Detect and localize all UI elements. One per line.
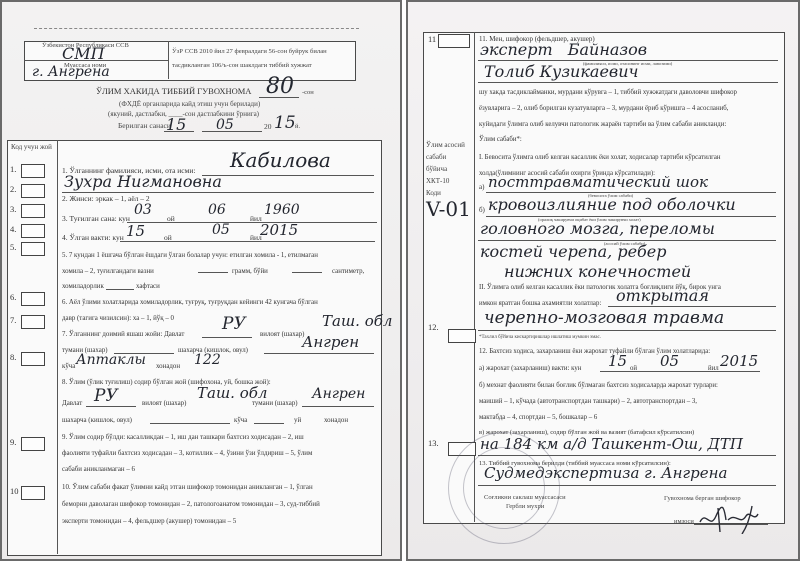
field-12a-label: а) жарохат (захарланиш) вакти: кун xyxy=(479,363,581,374)
field-11-text-3: куйидаги ўлимга олиб келувчи патологик ж… xyxy=(479,119,726,130)
field-9-line-2: фаолияти туфайли бахтсиз ходисадан – 3, … xyxy=(62,448,312,459)
field-3-label: 3. Туғилган сана: кун xyxy=(62,213,130,224)
residence-country[interactable]: РУ xyxy=(222,314,246,334)
dash xyxy=(106,289,134,290)
field-6-line-1: 6. Аёл ўлими холатларида хомиладорлик, т… xyxy=(62,297,318,308)
part-2-value-continued[interactable]: черепно-мозговая травма xyxy=(484,308,724,328)
decree-line-2: тасдикланган 106/ъ-сон шаклдаги тиббий х… xyxy=(172,62,312,70)
part-2-underline-2 xyxy=(478,330,776,331)
code-label: 6. xyxy=(10,292,16,302)
field-5-line-3b: хафтаси xyxy=(136,281,160,292)
field-5-line-1: 5. 7 кундан 1 ёшгача бўлган ёшдаги ўлган… xyxy=(62,250,318,261)
icd-label-line: ХКТ-10 xyxy=(426,175,465,187)
field-10-line-1: 10. Ўлим сабаби факат ўлимни кайд этган … xyxy=(62,482,313,493)
field-10-line-2: беморни даволаган шифокор томонидан – 2,… xyxy=(62,499,320,510)
code-label: 12. xyxy=(428,322,439,332)
house-label: хонадон xyxy=(156,361,180,372)
field-5-line-2a: хомила – 2, туғилгандаги вазни xyxy=(62,266,154,277)
residence-town[interactable]: Ангрен xyxy=(302,333,359,351)
f8-street-underline xyxy=(254,423,284,424)
f1-underline xyxy=(202,175,374,176)
district-label: тумани (шахар) xyxy=(252,398,298,409)
stamp-label-2: Гербли мухри xyxy=(506,503,544,511)
code-box-7[interactable] xyxy=(21,315,45,329)
death-day[interactable]: 15 xyxy=(126,222,145,240)
f3-underline xyxy=(127,222,377,223)
code-box-9[interactable] xyxy=(21,437,45,451)
death-month[interactable]: 05 xyxy=(212,222,230,238)
field-5-line-2b: грамм, бўйи xyxy=(232,266,268,277)
residence-house[interactable]: 122 xyxy=(194,352,221,368)
death-place-district[interactable]: Ангрен xyxy=(312,386,365,402)
field-12b-line-1: б) мехнат фаолияти билан боғлик бўлмаган… xyxy=(479,380,718,391)
code-box-3[interactable] xyxy=(21,204,45,218)
residence-street[interactable]: Аптаклы xyxy=(76,352,146,368)
code-label: 5. xyxy=(10,242,16,252)
footnote: *Тахлил бўйича кискартиришлар ишлатиш му… xyxy=(479,334,601,342)
code-label: 3. xyxy=(10,204,16,214)
code-column-header: Код учун жой xyxy=(11,143,55,151)
code-box-11[interactable] xyxy=(438,34,470,48)
code-column-divider xyxy=(57,140,58,554)
dash xyxy=(198,272,228,273)
cause-b-prefix: б) xyxy=(479,205,485,216)
apartment-label: хонадон xyxy=(324,415,348,426)
town-label: шахарча (кишлок, овул) xyxy=(62,415,132,426)
cause-c-value-continued[interactable]: нижних конечностей xyxy=(504,262,691,281)
cause-b-value[interactable]: кровоизлияние под оболочки xyxy=(488,195,736,214)
icd-label-line: бўйича xyxy=(426,163,465,175)
f8-district-underline xyxy=(302,406,374,407)
issue-day: 15 xyxy=(166,115,186,134)
field-10-line-3: эксперти томонидан – 4, фельдшер (акушер… xyxy=(62,516,236,527)
field-5-line-2c: сантиметр, xyxy=(332,266,364,277)
issue-date-label: Берилган санаси xyxy=(118,122,171,130)
birth-month[interactable]: 06 xyxy=(208,202,226,218)
house-label: уй xyxy=(294,415,301,426)
field-5-line-3: хомиладорлик xyxy=(62,281,104,292)
injury-year[interactable]: 2015 xyxy=(720,352,758,370)
code-label: 9. xyxy=(10,437,16,447)
certificate-number: 80 xyxy=(266,74,294,99)
f11-underline-2 xyxy=(478,82,778,83)
part-1-line-1: I. Бевосита ўлимга олиб келган касаллик … xyxy=(479,152,721,163)
icd-label-line: сабаби xyxy=(426,151,465,163)
code-box-4[interactable] xyxy=(21,224,45,238)
institution-handwritten: г. Ангрена xyxy=(32,64,110,80)
cause-a-value[interactable]: посттравматический шок xyxy=(488,173,708,191)
street-label: кўча xyxy=(234,415,247,426)
field-7-label: 7. Ўлганнинг доимий яшаш жойи: Давлат xyxy=(62,329,184,340)
year-label: йил xyxy=(708,363,719,374)
field-11-text-2: ёзувларига – 2, олиб борилган кузатувлар… xyxy=(479,103,728,114)
f7-underline xyxy=(202,337,252,338)
f4-underline xyxy=(120,241,375,242)
injury-month[interactable]: 05 xyxy=(660,352,679,370)
issue-year-prefix: 20 xyxy=(264,123,272,131)
region-label: вилоят (шахар) xyxy=(260,329,304,340)
code-label: 10 xyxy=(10,486,19,496)
code-label: 1. xyxy=(10,164,16,174)
field-6-line-2: давр (тагига чизилсин): ха – 1, йўқ – 0 xyxy=(62,313,174,324)
f12a-underline xyxy=(600,371,760,372)
death-year[interactable]: 2015 xyxy=(260,221,298,239)
month-label: ой xyxy=(630,363,637,374)
code-label: 2. xyxy=(10,184,16,194)
cause-a-prefix: а) xyxy=(479,182,484,193)
icd-label-line: Ўлим асосий xyxy=(426,139,465,151)
birth-day[interactable]: 03 xyxy=(134,202,152,218)
f8-town-underline xyxy=(150,423,230,424)
signature-scribble-icon[interactable] xyxy=(696,502,766,534)
issue-year-suffix: 15 xyxy=(274,113,296,133)
f8-underline xyxy=(86,406,136,407)
code-box-2[interactable] xyxy=(21,184,45,198)
code-box-5[interactable] xyxy=(21,242,45,256)
header-divider xyxy=(168,41,169,79)
deceased-given-names[interactable]: Зухра Нигмановна xyxy=(64,172,222,191)
region-label: вилоят (шахар) xyxy=(142,398,186,409)
field-12b-line-3: мактабда – 4, спортдан – 5, бошкалар – 6 xyxy=(479,412,597,423)
code-box-8[interactable] xyxy=(21,352,45,366)
dash xyxy=(292,272,322,273)
code-box-1[interactable] xyxy=(21,164,45,178)
field-9-line-3: сабаби аникланмаган – 6 xyxy=(62,464,135,475)
field-4-label: 4. Ўлган вакти: кун xyxy=(62,232,124,243)
code-label: 4. xyxy=(10,224,16,234)
issuing-institution[interactable]: Судмедэкспертиза г. Ангрена xyxy=(484,464,727,482)
signature-label: имзоси xyxy=(674,518,694,526)
document-title: ЎЛИМ ХАКИДА ТИББИЙ ГУВОХНОМА xyxy=(96,86,251,97)
doctor-given-names[interactable]: Толиб Кузикаевич xyxy=(484,62,638,81)
title-subtitle: (ФХДЁ органларида кайд этиш учун берилад… xyxy=(119,100,260,108)
code-box-10[interactable] xyxy=(21,486,45,500)
code-box-12[interactable] xyxy=(448,329,476,343)
code-label: 7. xyxy=(10,315,16,325)
death-place-country[interactable]: РУ xyxy=(94,386,118,406)
field-11-text-1: шу хакда тасдиклайманки, мурдани кўрувга… xyxy=(479,87,737,98)
number-suffix: -сон xyxy=(302,89,314,97)
code-label: 11 xyxy=(428,34,436,44)
field-9-line-1: 9. Ўлим содир бўлди: касалликдан – 1, иш… xyxy=(62,432,304,443)
top-divider xyxy=(34,28,359,29)
residence-region[interactable]: Таш. обл xyxy=(322,312,392,330)
decree-line-1: ЎзР ССВ 2010 йил 27 февралдаги 56-сон бу… xyxy=(172,48,327,56)
cause-c-value[interactable]: костей черепа, ребер xyxy=(480,242,667,261)
certificate-page-1: Ўзбекистон Республикаси ССВ СМП Муассаса… xyxy=(0,0,402,561)
part-2-underline xyxy=(608,306,776,307)
certificate-page-2: 11 Ўлим асосий сабаби бўйича ХКТ-10 Коди… xyxy=(406,0,800,561)
code-label: 13. xyxy=(428,438,439,448)
birth-year[interactable]: 1960 xyxy=(264,202,300,218)
ministry-handwritten: СМП xyxy=(62,44,105,63)
deceased-surname[interactable]: Кабилова xyxy=(230,148,331,172)
f7-town-underline xyxy=(264,353,374,354)
code-label: 8. xyxy=(10,352,16,362)
code-box-6[interactable] xyxy=(21,292,45,306)
icd10-code-value[interactable]: V-01 xyxy=(426,197,471,221)
issue-month: 05 xyxy=(216,117,234,133)
stamp-label-1: Соғликни саклаш муассасаси xyxy=(484,494,566,502)
cause-header: Ўлим сабаби*: xyxy=(479,134,522,145)
icd10-code-label: Ўлим асосий сабаби бўйича ХКТ-10 Коди xyxy=(426,139,465,199)
country-label: Давлат xyxy=(62,398,82,409)
cause-b-value-continued[interactable]: головного мозга, переломы xyxy=(480,219,715,238)
injury-day[interactable]: 15 xyxy=(608,352,627,370)
issue-year-unit: й. xyxy=(295,123,300,131)
doctor-title-surname[interactable]: эксперт Байназов xyxy=(480,40,647,59)
field-12b-line-2: маиший – 1, кўчада (автотранспортдан таш… xyxy=(479,396,697,407)
part-2-value[interactable]: открытая xyxy=(616,286,709,305)
f13-underline xyxy=(478,485,776,486)
street-label: кўча xyxy=(62,361,75,372)
